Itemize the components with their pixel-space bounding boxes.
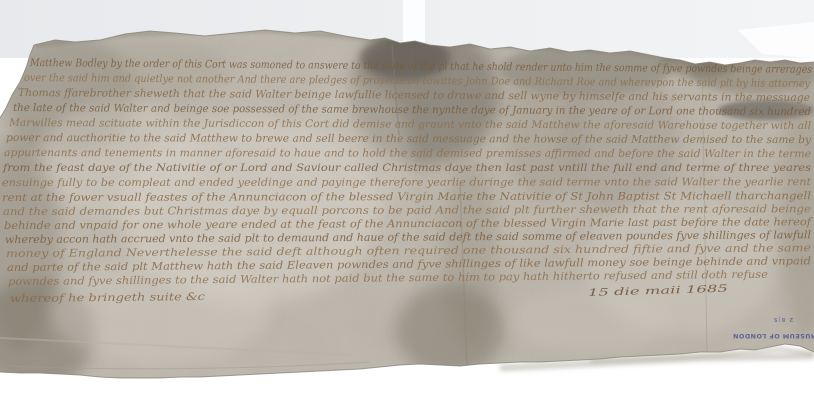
- manuscript-closing-line: whereof he bringeth suite &c: [10, 291, 205, 305]
- manuscript-line: from the feast daye of the Nativitie of …: [2, 162, 812, 174]
- manuscript-line: power and aucthoritie to the said Matthe…: [6, 132, 812, 146]
- manuscript-line: rent at the fower vsuall feastes of the …: [2, 190, 811, 204]
- archive-stamp-text: MUSEUM OF LONDON: [733, 332, 814, 340]
- handwritten-text: Matthew Bodley by the order of this Cort…: [2, 57, 813, 305]
- parchment-scan: Matthew Bodley by the order of this Cort…: [0, 0, 814, 407]
- manuscript-photograph: Matthew Bodley by the order of this Cort…: [0, 0, 814, 407]
- parchment: Matthew Bodley by the order of this Cort…: [0, 20, 814, 390]
- manuscript-line: appurtenants and tenements in manner afo…: [4, 147, 811, 160]
- manuscript-line: ensuinge fully to be compleat and ended …: [2, 176, 812, 189]
- archive-stamp-marks: 2 8|5: [773, 316, 793, 322]
